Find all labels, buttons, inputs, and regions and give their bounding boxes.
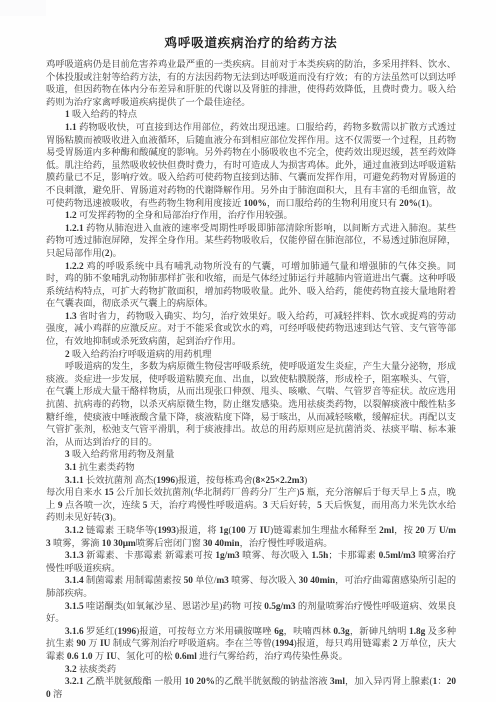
paragraph-1-3: 1.3 省时省力，药物吸入确实、均匀，治疗效果好。吸入给药，可减轻拌料、饮水或捉… — [46, 311, 456, 349]
paragraph-3-1-2: 3.1.2 链霉素 王晓华等(1993)报道，将 1g(100 万 IU)链霉素… — [46, 525, 456, 550]
document-title: 鸡呼吸道疾病治疗的给药方法 — [46, 33, 456, 51]
paragraph-1-2-2: 1.2.2 鸡的呼吸系统中具有哺乳动物所没有的气囊，可增加肺通气量和增强肺的气体… — [46, 261, 456, 311]
scan-artifact — [0, 0, 46, 16]
paragraph-1-2: 1.2 可发挥药物的全身和局部治疗作用，治疗作用较强。 — [46, 210, 456, 223]
paragraph-3-2-1: 3.2.1 乙酰半胱氨酸酯 一般用 10 20%的乙酰半胱氨酸的钠盐溶液 3ml… — [46, 676, 456, 701]
paragraph-3-1-1-cont: 每次用自来水 15 公斤加长效抗菌剂(华北制药厂兽药分厂生产)5 瓶，充分溶解后… — [46, 487, 456, 525]
paragraph-2-body: 呼吸道病的发生，多数为病原微生物侵害呼吸系统，使呼吸道发生炎症，产生大量分泌物，… — [46, 361, 456, 449]
paragraph-3-1-6: 3.1.6 罗延红(1996)报道，可按每立方米用磺胺噻唑 6g，呋喃西林 0.… — [46, 626, 456, 664]
document-content: 鸡呼吸道疾病治疗的给药方法 鸡呼吸道病仍是目前危害养鸡业最严重的一类疾病。目前对… — [46, 33, 456, 701]
section-heading-3-2: 3.2 祛痰类药 — [46, 664, 456, 677]
section-heading-3: 3 吸入给药常用药物及剂量 — [46, 449, 456, 462]
section-heading-2: 2 吸入给药治疗呼吸道病的用药机理 — [46, 349, 456, 362]
paragraph-1-2-1: 1.2.1 药物从肺泡进入血液的速率受周期性呼吸即肺部清除所影响，以间断方式进入… — [46, 223, 456, 261]
document-page: 鸡呼吸道疾病治疗的给药方法 鸡呼吸道病仍是目前危害养鸡业最严重的一类疾病。目前对… — [0, 0, 496, 702]
paragraph-3-1-5: 3.1.5 喹诺酮类(如氧氟沙星、恩诺沙星)药物 可按 0.5g/m3 的剂量喷… — [46, 601, 456, 626]
paragraph-3-1-4: 3.1.4 制菌霉素 用制霉菌素按 50 单位/m3 喷雾、每次吸入 30 40… — [46, 575, 456, 600]
section-heading-3-1: 3.1 抗生素类药物 — [46, 462, 456, 475]
section-heading-1: 1 吸入给药的特点 — [46, 109, 456, 122]
paragraph-1-1: 1.1 药物吸收快，可直接到达作用部位，药效出现迅速。口服给药，药物多数需以扩散… — [46, 122, 456, 210]
paragraph-3-1-1-line: 3.1.1 长效抗菌剂 高杰(1996)报道，按每栋鸡舍(8×25×2.2m3) — [46, 475, 456, 488]
paragraph-3-1-3: 3.1.3 新霉素、卡那霉素 新霉素可按 1g/m3 喷雾、每次吸入 1.5h；… — [46, 550, 456, 575]
paragraph-intro: 鸡呼吸道病仍是目前危害养鸡业最严重的一类疾病。目前对于本类疾病的防治，多采用拌料… — [46, 59, 456, 109]
